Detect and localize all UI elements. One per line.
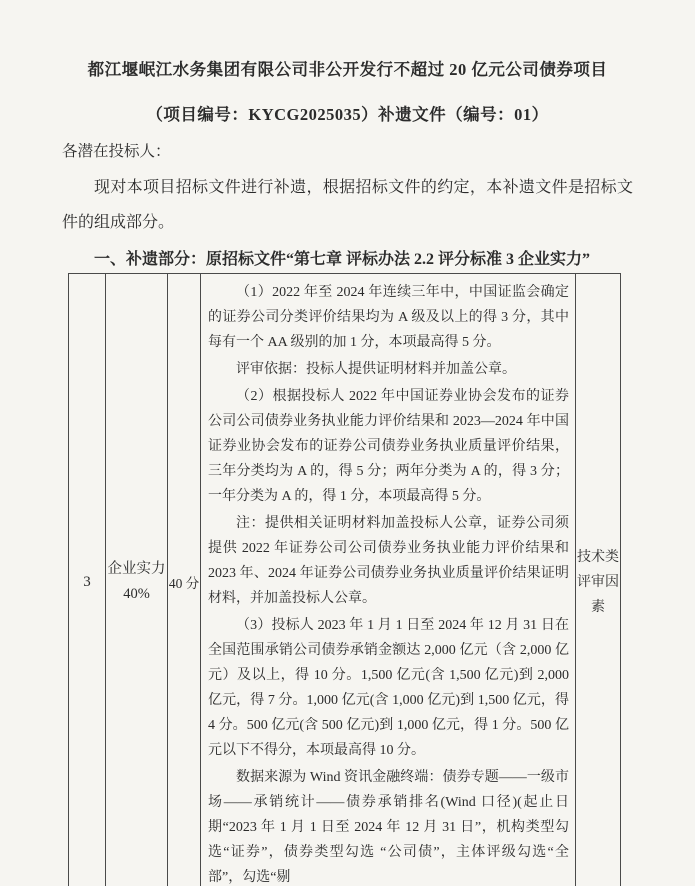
criteria-paragraph: 数据来源为 Wind 资讯金融终端：债券专题——一级市场——承销统计——债券承销…: [208, 765, 569, 886]
cell-item-weight: 40%: [106, 582, 167, 607]
criteria-paragraph: （2）根据投标人 2022 年中国证券业协会发布的证券公司公司债券业务执业能力评…: [208, 384, 569, 509]
section-heading: 一、补遗部分：原招标文件“第七章 评标办法 2.2 评分标准 3 企业实力”: [62, 247, 633, 273]
criteria-paragraph: （3）投标人 2023 年 1 月 1 日至 2024 年 12 月 31 日在…: [208, 613, 569, 763]
criteria-paragraph: （1）2022 年至 2024 年连续三年中，中国证监会确定的证券公司分类评价结…: [208, 280, 569, 355]
cell-row-index: 3: [69, 274, 106, 886]
criteria-table: 3 企业实力 40% 40 分 （1）2022 年至 2024 年连续三年中，中…: [68, 273, 621, 886]
cell-score: 40 分: [168, 274, 201, 886]
cell-item-name: 企业实力: [106, 557, 167, 582]
document-page: 都江堰岷江水务集团有限公司非公开发行不超过 20 亿元公司债券项目 （项目编号：…: [0, 0, 695, 886]
criteria-paragraph: 注：提供相关证明材料加盖投标人公章，证券公司须提供 2022 年证券公司公司债券…: [208, 511, 569, 611]
cell-criteria-text: （1）2022 年至 2024 年连续三年中，中国证监会确定的证券公司分类评价结…: [201, 274, 576, 886]
cell-review-category: 技术类评审因素: [576, 274, 621, 886]
cell-item: 企业实力 40%: [106, 274, 168, 886]
intro-paragraph: 现对本项目招标文件进行补遗，根据招标文件的约定，本补遗文件是招标文件的组成部分。: [62, 170, 633, 240]
criteria-paragraph: 评审依据：投标人提供证明材料并加盖公章。: [208, 357, 569, 382]
table-row: 3 企业实力 40% 40 分 （1）2022 年至 2024 年连续三年中，中…: [69, 274, 621, 886]
document-title-line2: （项目编号：KYCG2025035）补遗文件（编号：01）: [62, 102, 633, 128]
salutation-line: 各潜在投标人：: [62, 140, 633, 164]
document-title-line1: 都江堰岷江水务集团有限公司非公开发行不超过 20 亿元公司债券项目: [62, 57, 633, 83]
